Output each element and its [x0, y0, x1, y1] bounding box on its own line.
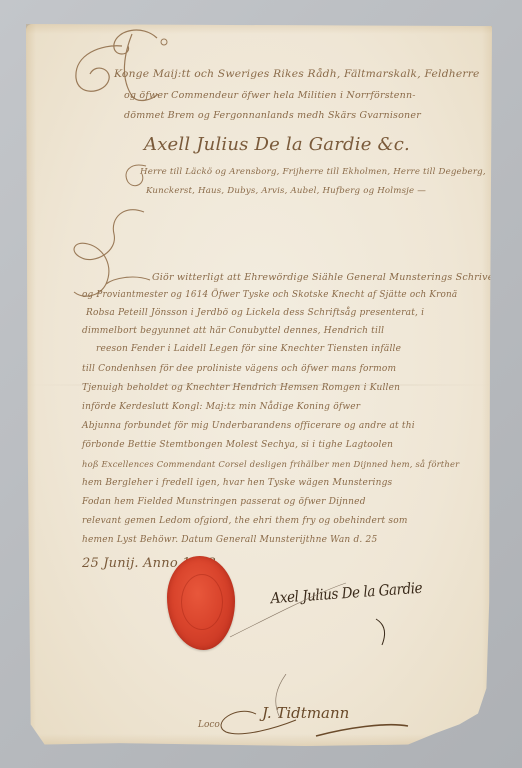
body-line-2: og Proviantmester og 1614 Öfwer Tyske oc… — [82, 290, 457, 300]
countersign-flourish-icon — [196, 674, 426, 744]
intro-line-1: Herre till Läckö og Arensborg, Frijherre… — [140, 167, 486, 177]
signature-flourish-icon — [226, 579, 416, 649]
body-line-8: införde Kerdeslutt Kongl: Maj:tz min Nåd… — [82, 402, 360, 412]
heading-line-2: og öfwer Commendeur öfwer hela Militien … — [124, 90, 416, 101]
intro-line-2: Kunckerst, Haus, Dubys, Arvis, Aubel, Hu… — [146, 186, 426, 196]
document-paper: Konge Maij:tt och Sweriges Rikes Rådh, F… — [26, 24, 492, 746]
body-line-12: hem Bergleher i fredell igen, hvar hen T… — [82, 478, 392, 488]
body-line-3: Robsa Peteill Jönsson i Jerdbö og Lickel… — [86, 308, 424, 318]
body-line-11: hoß Excellences Commendant Corsel deslig… — [82, 459, 459, 469]
body-line-13: Fodan hem Fielded Munstringen passerat o… — [82, 497, 366, 507]
recipient-name: Axell Julius De la Gardie &c. — [144, 134, 410, 155]
body-line-1: Giör witterligt att Ehrewördige Siähle G… — [152, 272, 498, 283]
body-line-9: Abjunna forbundet för mig Underbarandens… — [82, 421, 415, 431]
heading-line-1: Konge Maij:tt och Sweriges Rikes Rådh, F… — [114, 68, 480, 80]
body-line-7: Tjenuigh beholdet og Knechter Hendrich H… — [82, 383, 400, 393]
body-line-10: förbonde Bettie Stemtbongen Molest Sechy… — [82, 440, 393, 450]
body-line-14: relevant gemen Ledom ofgiord, the ehri t… — [82, 516, 408, 526]
body-line-5: reeson Fender i Laidell Legen för sine K… — [96, 344, 401, 354]
body-line-6: till Condenhsen för dee proliniste vägen… — [82, 364, 396, 374]
body-line-4: dimmelbort begyunnet att här Conubyttel … — [82, 326, 384, 336]
heading-line-3: dömmet Brem og Fergonnanlands medh Skärs… — [124, 110, 421, 121]
body-line-15: hemen Lyst Behöwr. Datum Generall Munste… — [82, 535, 377, 545]
